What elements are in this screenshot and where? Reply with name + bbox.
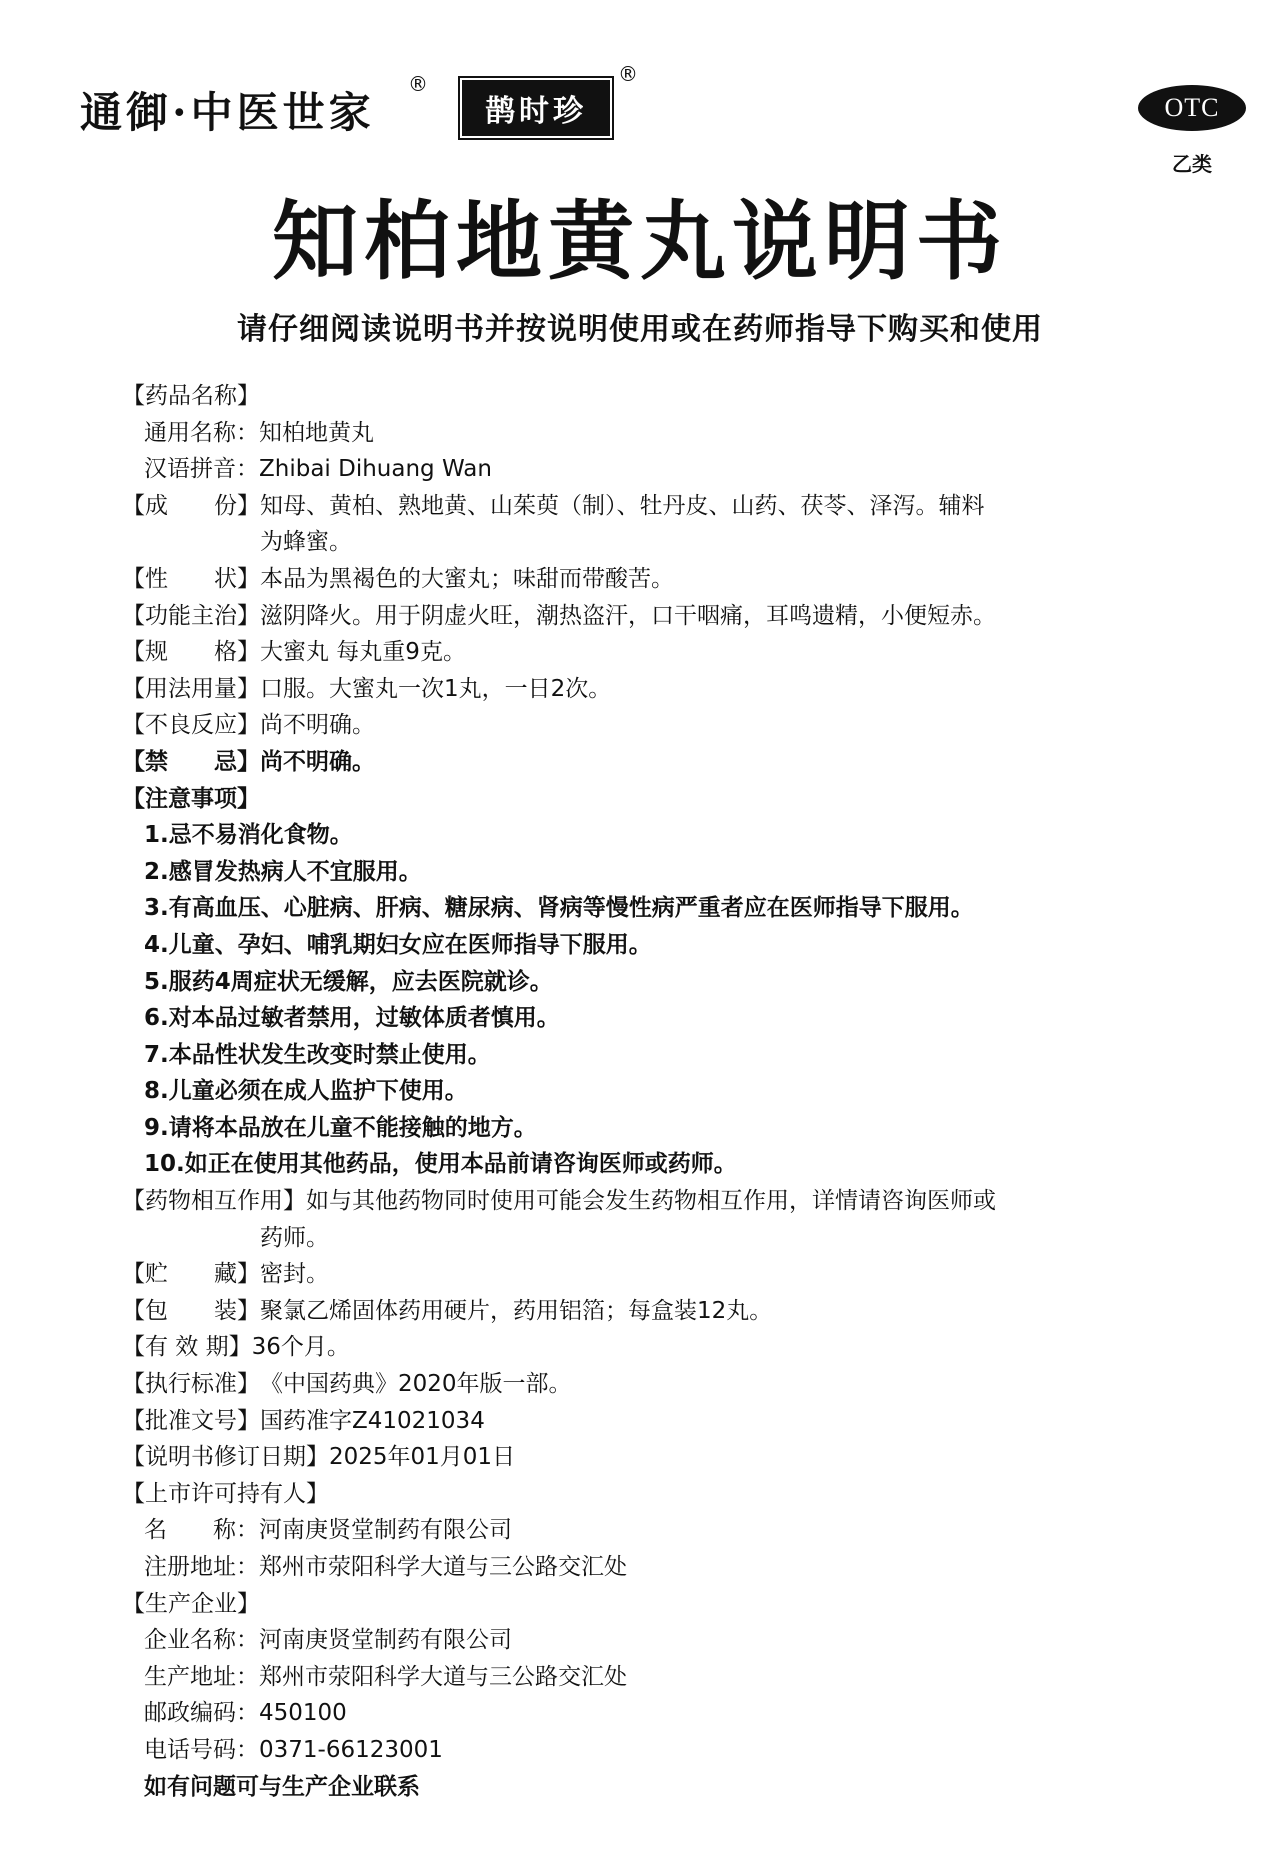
field-value: 河南庚贤堂制药有限公司 [259, 1622, 1202, 1659]
section-label: 【药物相互作用】 [122, 1183, 306, 1220]
section-value: 知母、黄柏、熟地黄、山茱萸（制）、牡丹皮、山药、茯苓、泽泻。辅料 为蜂蜜。 [260, 488, 1202, 561]
registered-mark: ® [408, 72, 428, 96]
section-value-line: 为蜂蜜。 [260, 529, 352, 555]
section-standard: 【执行标准】 《中国药典》2020年版一部。 [122, 1366, 1202, 1403]
section-value: 滋阴降火。用于阴虚火旺，潮热盗汗，口干咽痛，耳鸣遗精，小便短赤。 [260, 598, 1202, 635]
section-value: 聚氯乙烯固体药用硬片，药用铝箔；每盒装12丸。 [260, 1293, 1202, 1330]
section-specification: 【规 格】 大蜜丸 每丸重9克。 [122, 634, 1202, 671]
section-storage: 【贮 藏】 密封。 [122, 1256, 1202, 1293]
section-contraindications: 【禁 忌】 尚不明确。 [122, 744, 1202, 781]
section-label: 【成 份】 [122, 488, 260, 561]
otc-badge: OTC [1138, 85, 1246, 131]
section-packaging: 【包 装】 聚氯乙烯固体药用硬片，药用铝箔；每盒装12丸。 [122, 1293, 1202, 1330]
precaution-item: 9.请将本品放在儿童不能接触的地方。 [122, 1110, 1202, 1147]
footer-contact-note: 如有问题可与生产企业联系 [122, 1769, 1202, 1806]
mah-address-row: 注册地址： 郑州市荥阳科学大道与三公路交汇处 [122, 1549, 1202, 1586]
section-label: 【注意事项】 [122, 781, 260, 818]
section-precautions: 【注意事项】 [122, 781, 1202, 818]
section-appearance: 【性 状】 本品为黑褐色的大蜜丸；味甜而带酸苦。 [122, 561, 1202, 598]
mah-name-row: 名 称： 河南庚贤堂制药有限公司 [122, 1512, 1202, 1549]
section-value: 36个月。 [252, 1329, 1202, 1366]
field-label: 通用名称： [144, 415, 259, 452]
document-subtitle: 请仔细阅读说明书并按说明使用或在药师指导下购买和使用 [0, 304, 1280, 348]
field-label: 汉语拼音： [144, 451, 259, 488]
precaution-item: 3.有高血压、心脏病、肝病、糖尿病、肾病等慢性病严重者应在医师指导下服用。 [122, 890, 1202, 927]
precaution-item: 4.儿童、孕妇、哺乳期妇女应在医师指导下服用。 [122, 927, 1202, 964]
section-value: 大蜜丸 每丸重9克。 [260, 634, 1202, 671]
pinyin-row: 汉语拼音： Zhibai Dihuang Wan [122, 451, 1202, 488]
field-label: 电话号码： [144, 1732, 259, 1769]
field-value: 知柏地黄丸 [259, 415, 1202, 452]
manufacturer-name-row: 企业名称： 河南庚贤堂制药有限公司 [122, 1622, 1202, 1659]
section-label: 【包 装】 [122, 1293, 260, 1330]
section-label: 【有 效 期】 [122, 1329, 252, 1366]
section-shelf-life: 【有 效 期】 36个月。 [122, 1329, 1202, 1366]
section-value: 密封。 [260, 1256, 1202, 1293]
section-label: 【说明书修订日期】 [122, 1439, 329, 1476]
brand-logo-text: 通御·中医世家 [80, 80, 375, 140]
section-label: 【贮 藏】 [122, 1256, 260, 1293]
precaution-item: 8.儿童必须在成人监护下使用。 [122, 1073, 1202, 1110]
section-label: 【执行标准】 [122, 1366, 260, 1403]
section-label: 【规 格】 [122, 634, 260, 671]
leaflet-content: 【药品名称】 通用名称： 知柏地黄丸 汉语拼音： Zhibai Dihuang … [122, 378, 1202, 1805]
precaution-item: 10.如正在使用其他药品，使用本品前请咨询医师或药师。 [122, 1146, 1202, 1183]
section-interactions-cont: 药师。 [122, 1220, 1202, 1257]
section-value: 本品为黑褐色的大蜜丸；味甜而带酸苦。 [260, 561, 1202, 598]
otc-class-label: 乙类 [1172, 148, 1212, 177]
section-value: 国药准字Z41021034 [260, 1403, 1202, 1440]
generic-name-row: 通用名称： 知柏地黄丸 [122, 415, 1202, 452]
manufacturer-address-row: 生产地址： 郑州市荥阳科学大道与三公路交汇处 [122, 1659, 1202, 1696]
field-value: 郑州市荥阳科学大道与三公路交汇处 [259, 1549, 1202, 1586]
brand-box-logo: 鹊时珍 [462, 80, 610, 136]
field-label: 邮政编码： [144, 1695, 259, 1732]
manufacturer-postcode-row: 邮政编码： 450100 [122, 1695, 1202, 1732]
section-adverse-reactions: 【不良反应】 尚不明确。 [122, 707, 1202, 744]
section-label: 【性 状】 [122, 561, 260, 598]
document-title: 知柏地黄丸说明书 [0, 192, 1280, 292]
section-value: 尚不明确。 [260, 744, 1202, 781]
field-label: 企业名称： [144, 1622, 259, 1659]
field-value: 郑州市荥阳科学大道与三公路交汇处 [259, 1659, 1202, 1696]
section-interactions: 【药物相互作用】 如与其他药物同时使用可能会发生药物相互作用，详情请咨询医师或 [122, 1183, 1202, 1220]
section-label: 【禁 忌】 [122, 744, 260, 781]
section-value: 《中国药典》2020年版一部。 [260, 1366, 1202, 1403]
section-indications: 【功能主治】 滋阴降火。用于阴虚火旺，潮热盗汗，口干咽痛，耳鸣遗精，小便短赤。 [122, 598, 1202, 635]
field-value: Zhibai Dihuang Wan [259, 451, 1202, 488]
section-label: 【用法用量】 [122, 671, 260, 708]
section-value-line: 药师。 [260, 1220, 1202, 1257]
section-label: 【药品名称】 [122, 378, 260, 415]
field-label: 名 称： [144, 1512, 259, 1549]
section-value: 口服。大蜜丸一次1丸，一日2次。 [260, 671, 1202, 708]
field-value: 450100 [259, 1695, 1202, 1732]
precaution-item: 7.本品性状发生改变时禁止使用。 [122, 1037, 1202, 1074]
section-label: 【上市许可持有人】 [122, 1476, 329, 1513]
section-dosage: 【用法用量】 口服。大蜜丸一次1丸，一日2次。 [122, 671, 1202, 708]
precaution-item: 2.感冒发热病人不宜服用。 [122, 854, 1202, 891]
section-label: 【功能主治】 [122, 598, 260, 635]
section-value-line: 知母、黄柏、熟地黄、山茱萸（制）、牡丹皮、山药、茯苓、泽泻。辅料 [260, 493, 985, 519]
section-value: 2025年01月01日 [329, 1439, 1202, 1476]
precaution-item: 1.忌不易消化食物。 [122, 817, 1202, 854]
section-label: 【不良反应】 [122, 707, 260, 744]
section-ingredients: 【成 份】 知母、黄柏、熟地黄、山茱萸（制）、牡丹皮、山药、茯苓、泽泻。辅料 为… [122, 488, 1202, 561]
section-mah: 【上市许可持有人】 [122, 1476, 1202, 1513]
field-value: 0371-66123001 [259, 1732, 1202, 1769]
section-manufacturer: 【生产企业】 [122, 1586, 1202, 1623]
section-value: 如与其他药物同时使用可能会发生药物相互作用，详情请咨询医师或 [306, 1183, 1202, 1220]
section-label: 【批准文号】 [122, 1403, 260, 1440]
registered-mark: ® [618, 62, 638, 86]
section-label: 【生产企业】 [122, 1586, 260, 1623]
section-value: 尚不明确。 [260, 707, 1202, 744]
precaution-item: 6.对本品过敏者禁用，过敏体质者慎用。 [122, 1000, 1202, 1037]
section-approval-number: 【批准文号】 国药准字Z41021034 [122, 1403, 1202, 1440]
field-value: 河南庚贤堂制药有限公司 [259, 1512, 1202, 1549]
section-revision-date: 【说明书修订日期】 2025年01月01日 [122, 1439, 1202, 1476]
precaution-item: 5.服药4周症状无缓解，应去医院就诊。 [122, 964, 1202, 1001]
manufacturer-phone-row: 电话号码： 0371-66123001 [122, 1732, 1202, 1769]
section-drug-name: 【药品名称】 [122, 378, 1202, 415]
field-label: 注册地址： [144, 1549, 259, 1586]
field-label: 生产地址： [144, 1659, 259, 1696]
